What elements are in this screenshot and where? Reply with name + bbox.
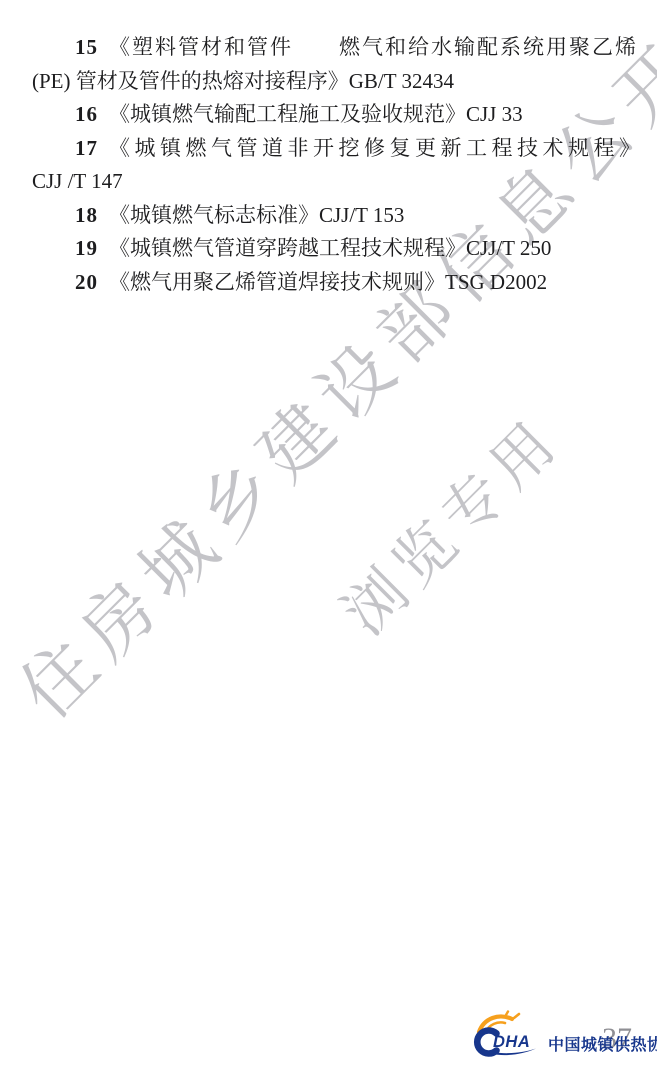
reference-number: 17: [75, 136, 98, 160]
reference-line: 18《城镇燃气标志标准》CJJ/T 153: [32, 199, 647, 233]
references-list: 15《塑料管材和管件 燃气和给水输配系统用聚乙烯 (PE) 管材及管件的热熔对接…: [32, 31, 647, 299]
reference-text: 《城镇燃气标志标准》CJJ/T 153: [109, 203, 404, 227]
document-page: 住房城乡建设部信息公开 浏览专用 15《塑料管材和管件 燃气和给水输配系统用聚乙…: [0, 0, 657, 1066]
page-footer: 37 DHA 中国城镇供热协会: [0, 1008, 657, 1066]
reference-number: 16: [75, 102, 98, 126]
reference-number: 19: [75, 236, 98, 260]
reference-line: (PE) 管材及管件的热熔对接程序》GB/T 32434: [32, 65, 647, 99]
reference-text: 《城镇燃气管道穿跨越工程技术规程》CJJ/T 250: [109, 236, 551, 260]
reference-item: 18《城镇燃气标志标准》CJJ/T 153: [32, 199, 647, 233]
reference-text: 《燃气用聚乙烯管道焊接技术规则》TSG D2002: [109, 270, 547, 294]
cdha-logo: DHA 中国城镇供热协会: [472, 1010, 657, 1058]
reference-item: 16《城镇燃气输配工程施工及验收规范》CJJ 33: [32, 98, 647, 132]
reference-line: CJJ /T 147: [32, 165, 647, 199]
cdha-logo-icon: DHA: [472, 1010, 542, 1058]
reference-line: 20《燃气用聚乙烯管道焊接技术规则》TSG D2002: [32, 266, 647, 300]
reference-text: 《城镇燃气输配工程施工及验收规范》CJJ 33: [109, 102, 523, 126]
reference-number: 20: [75, 270, 98, 294]
reference-item: 17《城镇燃气管道非开挖修复更新工程技术规程》 CJJ /T 147: [32, 132, 647, 199]
reference-line: 17《城镇燃气管道非开挖修复更新工程技术规程》: [32, 132, 647, 166]
cdha-logo-letters: DHA: [493, 1033, 530, 1051]
reference-number: 15: [75, 35, 98, 59]
reference-item: 19《城镇燃气管道穿跨越工程技术规程》CJJ/T 250: [32, 232, 647, 266]
org-name: 中国城镇供热协会: [548, 1032, 657, 1055]
reference-item: 20《燃气用聚乙烯管道焊接技术规则》TSG D2002: [32, 266, 647, 300]
reference-item: 15《塑料管材和管件 燃气和给水输配系统用聚乙烯 (PE) 管材及管件的热熔对接…: [32, 31, 647, 98]
reference-line: 15《塑料管材和管件 燃气和给水输配系统用聚乙烯: [32, 31, 647, 65]
reference-line: 19《城镇燃气管道穿跨越工程技术规程》CJJ/T 250: [32, 232, 647, 266]
reference-number: 18: [75, 203, 98, 227]
reference-text: 《塑料管材和管件 燃气和给水输配系统用聚乙烯: [109, 35, 638, 59]
reference-text: 《城镇燃气管道非开挖修复更新工程技术规程》: [109, 136, 645, 160]
reference-line: 16《城镇燃气输配工程施工及验收规范》CJJ 33: [32, 98, 647, 132]
